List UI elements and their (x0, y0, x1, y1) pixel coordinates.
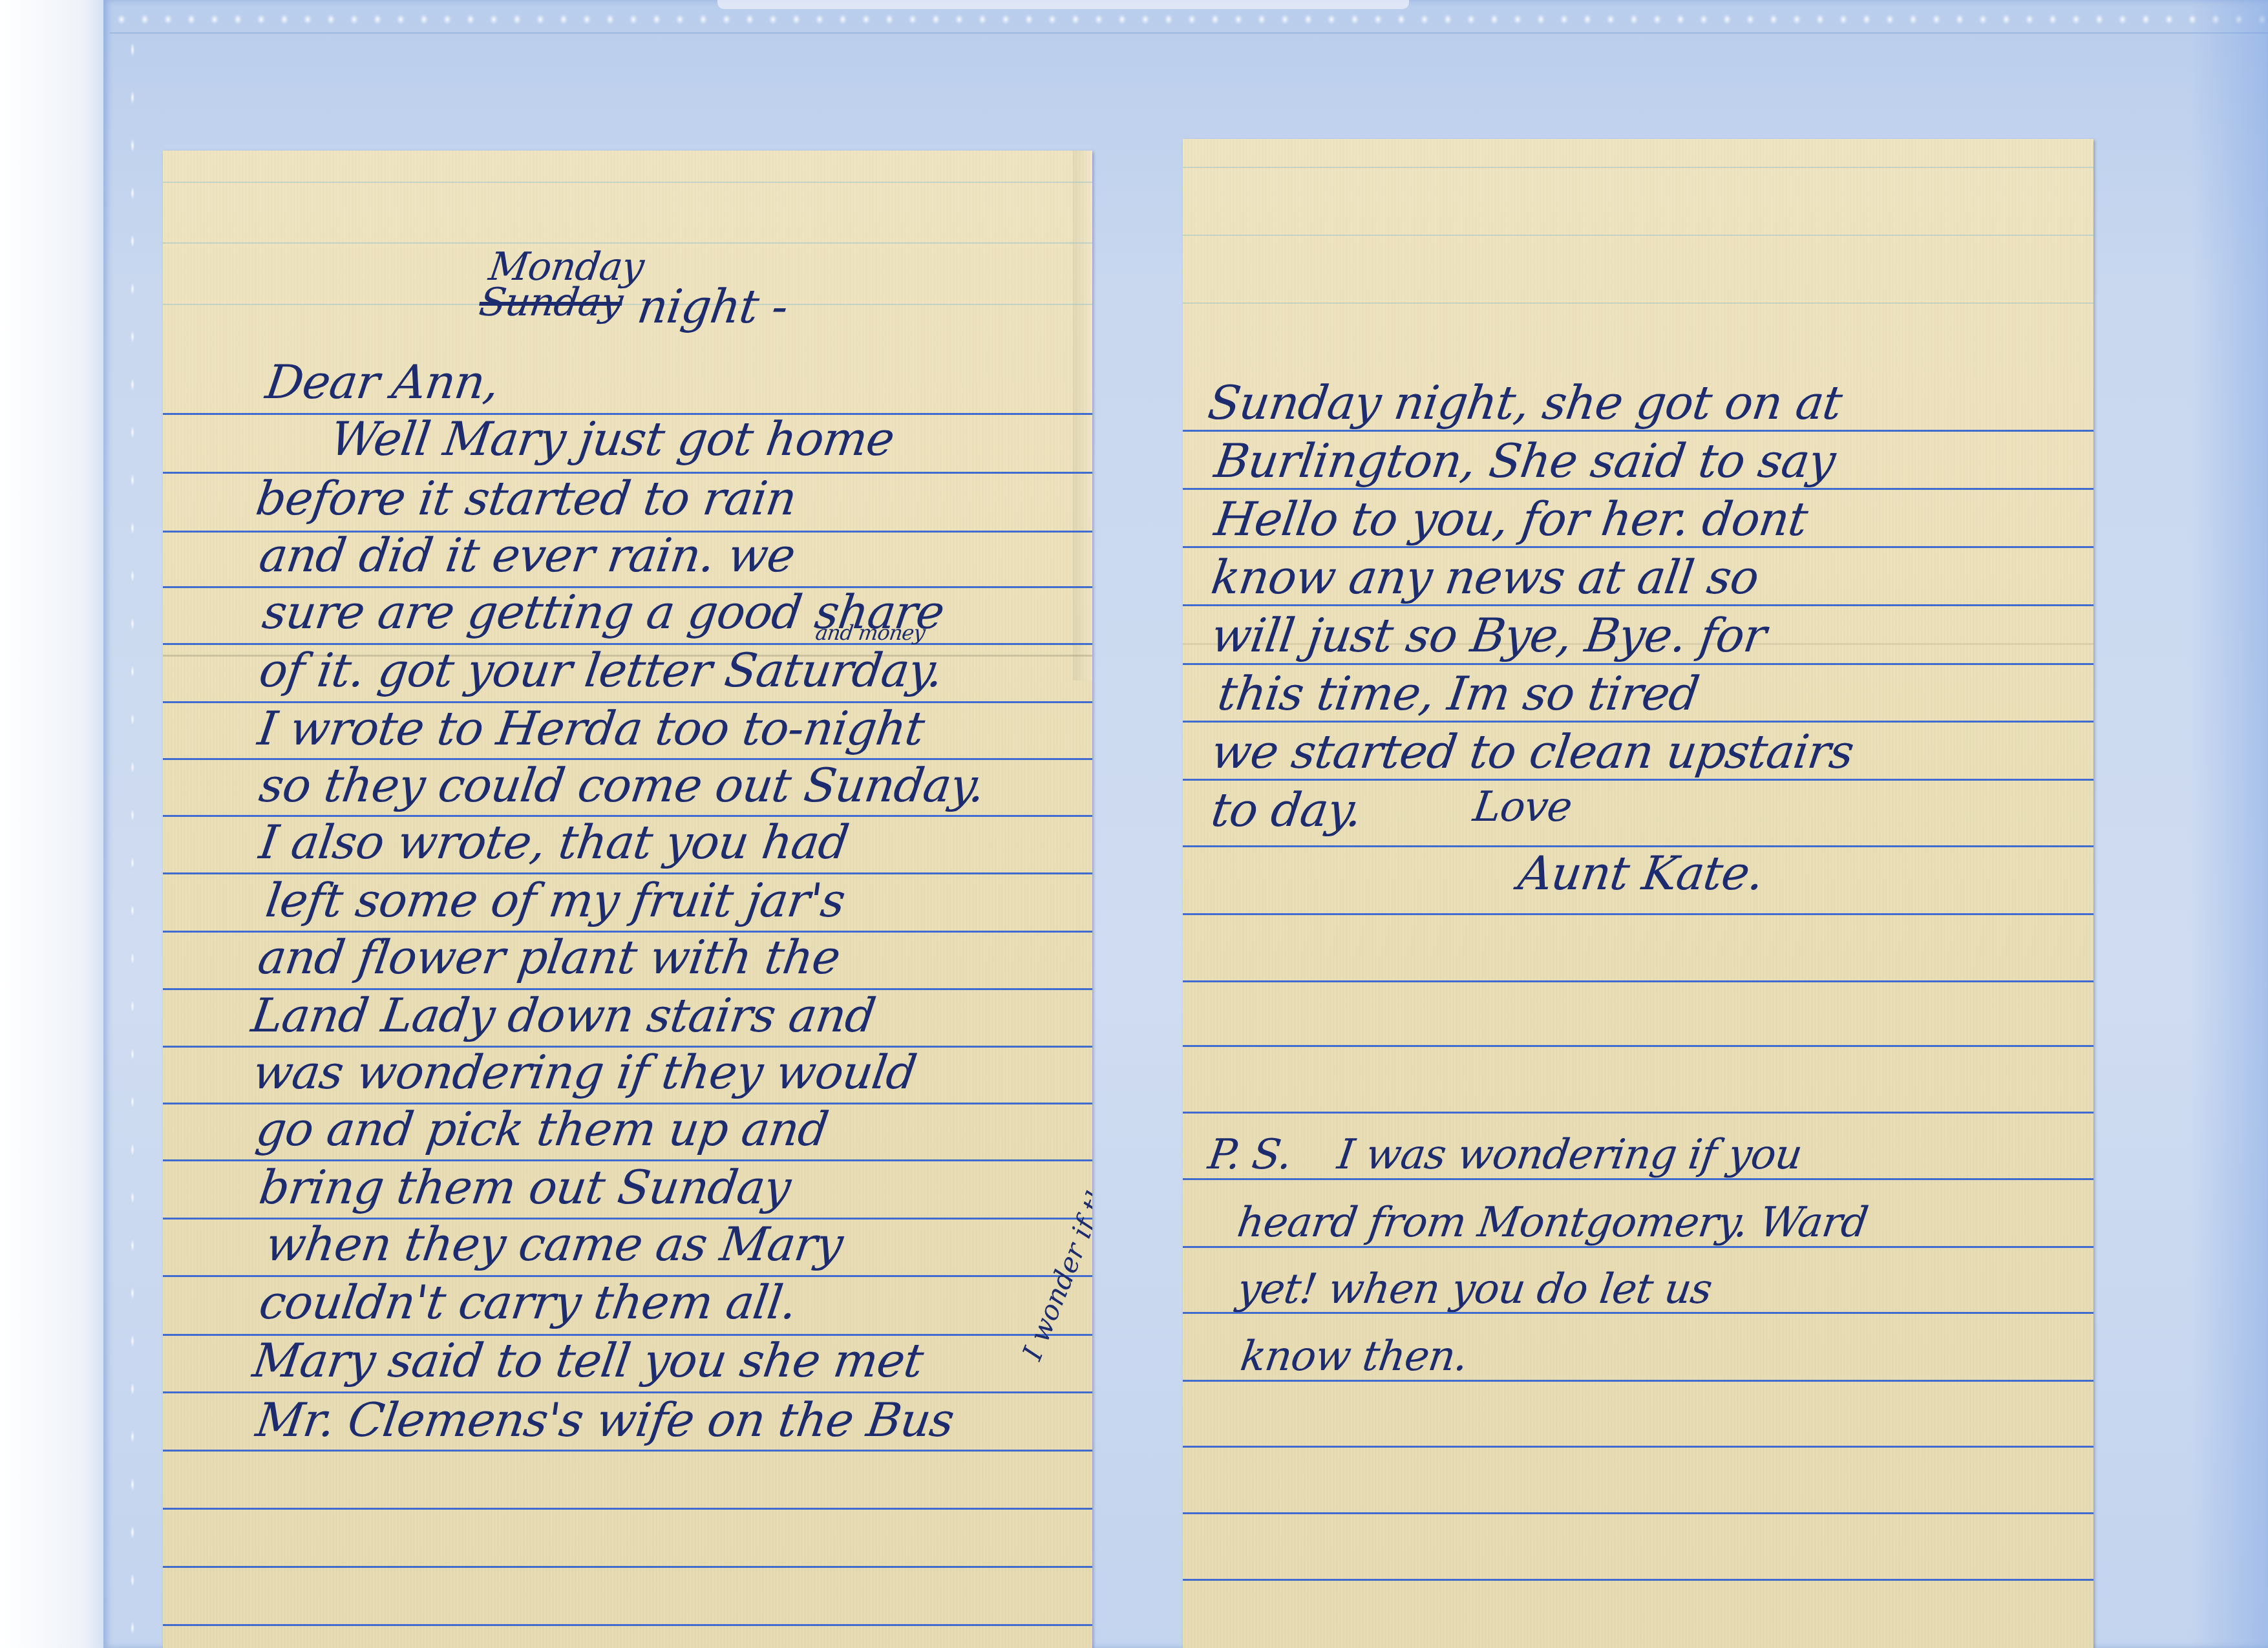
ruled-line (163, 242, 1092, 244)
ruled-line (1183, 546, 2093, 548)
letter-line: this time, Im so tired (1215, 670, 1702, 717)
letter-line: I also wrote, that you had (257, 819, 851, 865)
ruled-line (1183, 1446, 2093, 1448)
ruled-line (1183, 1112, 2093, 1114)
postscript-line: know then. (1238, 1336, 1470, 1377)
ruled-line (1183, 430, 2093, 432)
letter-line: we started to clean upstairs (1209, 728, 1856, 775)
sleeve-left-seam (126, 26, 139, 1648)
letter-line: and did it ever rain. we (257, 532, 798, 578)
ruled-line (1183, 1512, 2093, 1514)
date-crossed-out: Sunday (477, 283, 625, 322)
ruled-line (163, 1566, 1092, 1568)
interlinear-insert: and money (814, 622, 926, 643)
letter-line: of it. got your letter Saturday. (257, 647, 946, 693)
ruled-line (163, 304, 1092, 305)
letter-line: will just so Bye, Bye. for (1209, 612, 1769, 659)
letter-line: Land Lady down stairs and (249, 992, 878, 1039)
letter-line: bring them out Sunday (257, 1164, 793, 1210)
postscript-line: I was wondering if you (1335, 1134, 1805, 1176)
ruled-line (1183, 1579, 2093, 1581)
letter-line: was wondering if they would (250, 1049, 919, 1095)
letter-line: go and pick them up and (253, 1106, 831, 1152)
ruled-line (1183, 663, 2093, 665)
salutation: Dear Ann, (263, 359, 502, 405)
margin-note: I wonder if they will do that (1016, 998, 1092, 1365)
postscript-label: P. S. (1206, 1134, 1295, 1176)
letter-line: Mr. Clemens's wife on the Bus (253, 1397, 957, 1443)
letter-line: Well Mary just got home (328, 416, 897, 462)
letter-line: when they came as Mary (263, 1221, 845, 1267)
letter-line: and flower plant with the (255, 934, 843, 980)
letter-line: left some of my fruit jar's (263, 877, 848, 924)
letter-line: Hello to you, for her. dont (1212, 496, 1810, 542)
letter-line: couldn't carry them all. (257, 1279, 800, 1326)
ruled-line (1183, 721, 2093, 723)
ruled-line (1183, 980, 2093, 982)
sleeve-top-seam (110, 6, 2268, 34)
ruled-line (1183, 779, 2093, 781)
letter-line: before it started to rain (253, 475, 799, 522)
ruled-line (1183, 235, 2093, 236)
ruled-line (163, 1508, 1092, 1510)
ruled-line (1183, 604, 2093, 606)
closing: Love (1471, 787, 1574, 828)
letter-line: know any news at all so (1209, 554, 1761, 600)
letter-line: Mary said to tell you she met (250, 1337, 926, 1384)
date-heading-night: night - (635, 283, 790, 330)
letter-page-left: Monday Sunday night - Dear Ann, Well Mar… (163, 151, 1092, 1648)
ruled-line (163, 182, 1092, 183)
ruled-line (1183, 302, 2093, 304)
ruled-line (163, 1450, 1092, 1452)
ruled-line (1183, 488, 2093, 490)
letter-line: I wrote to Herda too to-night (255, 705, 927, 752)
letter-line: Sunday night, she got on at (1205, 379, 1845, 426)
letter-line: Burlington, She said to say (1212, 438, 1838, 484)
ruled-line (1183, 167, 2093, 168)
ruled-line (1183, 1045, 2093, 1047)
ruled-line (163, 1624, 1092, 1626)
letter-page-right: Sunday night, she got on at Burlington, … (1183, 139, 2093, 1648)
postscript-line: heard from Montgomery. Ward (1235, 1202, 1871, 1243)
ruled-line (1183, 913, 2093, 915)
letter-line: to day. (1209, 787, 1364, 833)
signature: Aunt Kate. (1516, 850, 1766, 896)
scanner-background (0, 0, 103, 1648)
postscript-line: yet! when you do let us (1235, 1269, 1715, 1310)
letter-line: so they could come out Sunday. (257, 762, 988, 808)
